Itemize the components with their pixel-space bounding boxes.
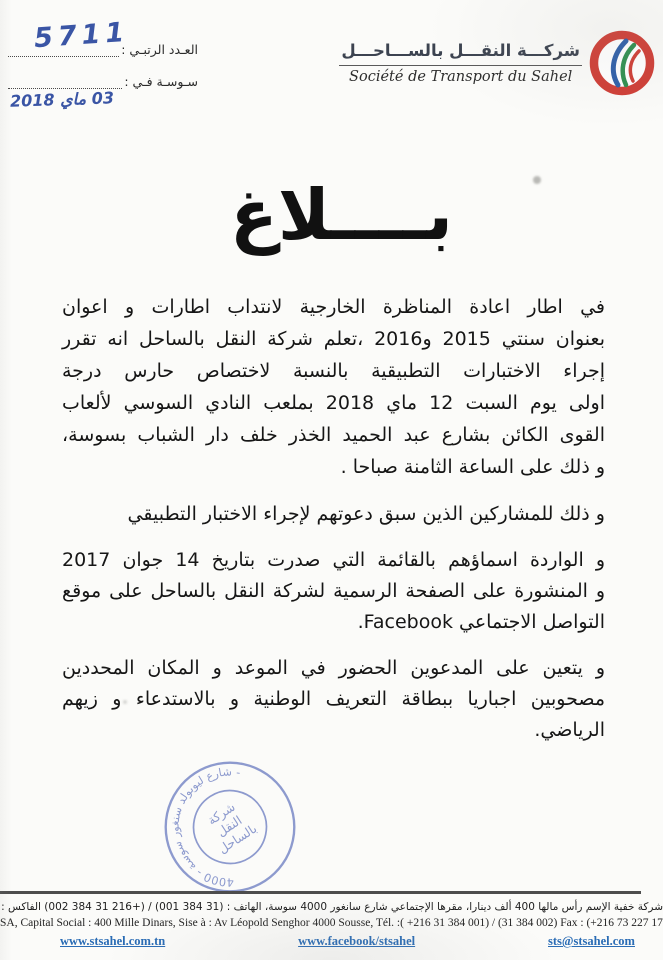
- body-line: و يتعين على المدعوين الحضور في الموعد و …: [62, 653, 605, 684]
- body-line: التواصل الاجتماعي Facebook.: [62, 607, 605, 638]
- paragraph-4: و يتعين على المدعوين الحضور في الموعد و …: [62, 653, 605, 746]
- scan-speck: [533, 176, 541, 184]
- reference-number-handwritten: 5711: [33, 17, 130, 55]
- date-label: سـوسـة فـي :: [124, 74, 198, 89]
- document-title: بــــلاغ: [0, 158, 663, 273]
- scanned-announcement-page: العـدد الرتبـي : 5711 سـوسـة فـي : 03 ما…: [0, 0, 663, 960]
- footer-website-url: www.stsahel.com.tn: [60, 934, 165, 949]
- footer-company-info-french: SA, Capital Social : 400 Mille Dinars, S…: [0, 917, 663, 929]
- company-name-block: شركـــة النقـــل بالســـاحـــل Société d…: [339, 41, 582, 85]
- body-line: إجراء الاختبارات التطبيقية بالنسبة لاختص…: [62, 355, 605, 387]
- date-dotted-line: [8, 75, 122, 89]
- company-header: شركـــة النقـــل بالســـاحـــل Société d…: [339, 30, 655, 96]
- scan-speck: [123, 700, 127, 704]
- body-line: و ذلك للمشاركين الذين سبق دعوتهم لإجراء …: [62, 498, 605, 530]
- body-line: الرياضي.: [62, 715, 605, 746]
- body-line: و الواردة اسماؤهم بالقائمة التي صدرت بتا…: [62, 545, 605, 576]
- footer-facebook-url: www.facebook/stsahel: [298, 934, 415, 949]
- body-line: في اطار اعادة المناظرة الخارجية لانتداب …: [62, 291, 605, 323]
- header-reference-block: العـدد الرتبـي : 5711 سـوسـة فـي : 03 ما…: [8, 42, 198, 106]
- date-row: سـوسـة فـي : 03 ماي 2018: [8, 74, 198, 89]
- footer-email: sts@stsahel.com: [548, 934, 635, 949]
- body-line: و ذلك على الساعة الثامنة صباحا .: [62, 451, 605, 483]
- body-line: و المنشورة على الصفحة الرسمية لشركة النق…: [62, 576, 605, 607]
- footer-separator-line: [0, 891, 641, 894]
- paragraph-2: و ذلك للمشاركين الذين سبق دعوتهم لإجراء …: [62, 498, 605, 530]
- paragraph-1: في اطار اعادة المناظرة الخارجية لانتداب …: [62, 291, 605, 483]
- body-line: بعنوان سنتي 2015 و2016 ،تعلم شركة النقل …: [62, 323, 605, 355]
- body-line: مصحوبين اجباريا ببطاقة التعريف الوطنية و…: [62, 684, 605, 715]
- reference-number-row: العـدد الرتبـي : 5711: [8, 42, 198, 57]
- company-logo-icon: [589, 30, 655, 96]
- reference-number-label: العـدد الرتبـي :: [121, 42, 198, 57]
- date-handwritten: 03 ماي 2018: [10, 88, 115, 111]
- body-line: اولى يوم السبت 12 ماي 2018 بملعب النادي …: [62, 387, 605, 419]
- paragraph-3: و الواردة اسماؤهم بالقائمة التي صدرت بتا…: [62, 545, 605, 638]
- footer-links-row: www.stsahel.com.tn www.facebook/stsahel …: [60, 934, 635, 949]
- company-name-arabic: شركـــة النقـــل بالســـاحـــل: [339, 41, 582, 66]
- document-body: في اطار اعادة المناظرة الخارجية لانتداب …: [62, 291, 605, 761]
- company-name-french: Société de Transport du Sahel: [339, 66, 582, 85]
- body-line: القوى الكائن بشارع عبد الحميد الخذر خلف …: [62, 419, 605, 451]
- footer-company-info-arabic: شركة خفية الإسم رأس مالها 400 ألف دينارا…: [0, 901, 663, 913]
